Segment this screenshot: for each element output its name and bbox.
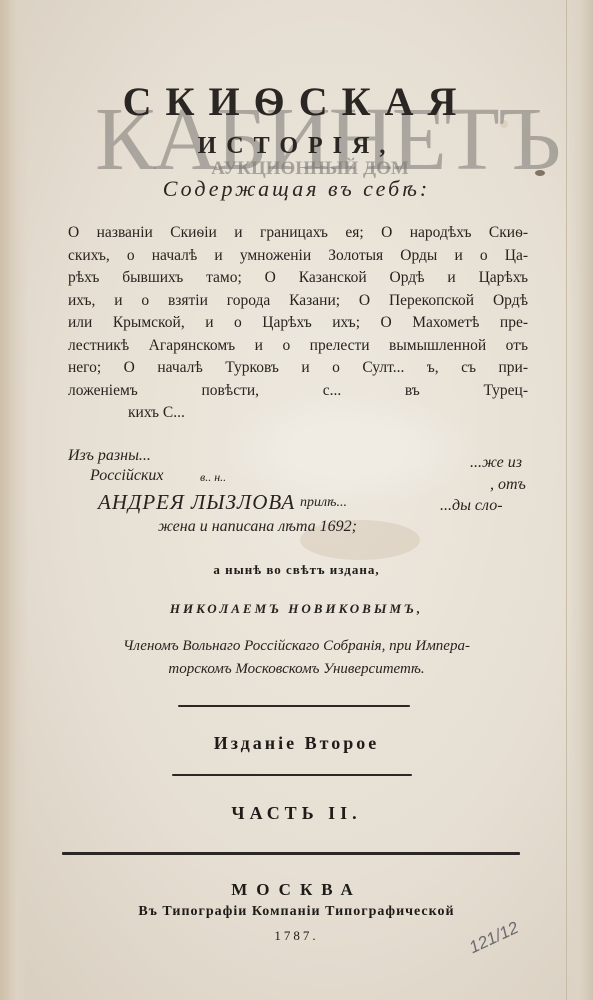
source-line-2-right: , отъ <box>490 476 526 494</box>
source-line-4: жена и написана лѣта 1692; <box>158 518 357 536</box>
contents-row: рѣхъ бывшихъ тамо; О Казанской Ордѣ и Ца… <box>68 267 528 290</box>
contents-row: лестникѣ Агарянскомъ и о прелести вымышл… <box>68 335 528 358</box>
part-label: ЧАСТЬ II. <box>0 803 593 824</box>
title-line-2: ИСТОРІЯ, <box>0 133 593 160</box>
title-line-3: Содержащая въ себѣ: <box>0 176 593 202</box>
edition-label: Изданіе Второе <box>0 733 593 754</box>
source-line-1-right: ...же из <box>470 454 522 472</box>
source-line-2-mid: в.. н.. <box>200 470 226 485</box>
contents-row: ихъ, и о взятіи города Казани; О Перекоп… <box>68 290 528 313</box>
member-line-2: торскомъ Московскомъ Университетѣ. <box>0 661 593 678</box>
contents-row: или Крымской, и о Царѣхъ ихъ; О Махометѣ… <box>68 312 528 335</box>
contents-row: ложеніемъ повѣсти, с... въ Турец- <box>68 380 528 403</box>
imprint-city: МОСКВА <box>0 880 593 900</box>
title-line-1: СКИѲСКАЯ <box>0 78 593 125</box>
contents-row: кихъ С... <box>68 402 528 425</box>
divider-rule <box>178 705 410 707</box>
source-line-1-left: Изъ разны... <box>68 447 151 465</box>
contents-paragraph: О названіи Скиѳіи и границахъ ея; О наро… <box>68 222 528 425</box>
imprint-printer: Въ Типографіи Компаніи Типографической <box>0 904 593 920</box>
author-name: АНДРЕЯ ЛЫЗЛОВА <box>98 490 295 515</box>
contents-row: О названіи Скиѳіи и границахъ ея; О наро… <box>68 222 528 245</box>
contents-row: него; О началѣ Турковъ и о Султ... ъ, съ… <box>68 357 528 380</box>
contents-row: скихъ, о началѣ и умноженіи Золотыя Орды… <box>68 245 528 268</box>
pencil-annotation: 121/12 <box>466 918 522 958</box>
source-line-2-left: Россійских <box>90 467 164 485</box>
book-title-page: КАБИНЕТЪ СКИѲСКАЯ ИСТОРІЯ, АУКЦИОННЫЙ ДО… <box>0 0 593 1000</box>
source-line-3-mid: прилѣ... <box>300 495 347 511</box>
divider-rule <box>172 774 412 776</box>
publisher-name: НИКОЛАЕМЪ НОВИКОВЫМЪ, <box>0 601 593 617</box>
divider-rule <box>62 852 520 855</box>
member-line-1: Членомъ Вольнаго Россійскаго Собранія, п… <box>0 638 593 655</box>
source-line-3-right: ...ды сло- <box>440 497 503 515</box>
published-line: а нынѣ во свѣтъ издана, <box>0 562 593 578</box>
